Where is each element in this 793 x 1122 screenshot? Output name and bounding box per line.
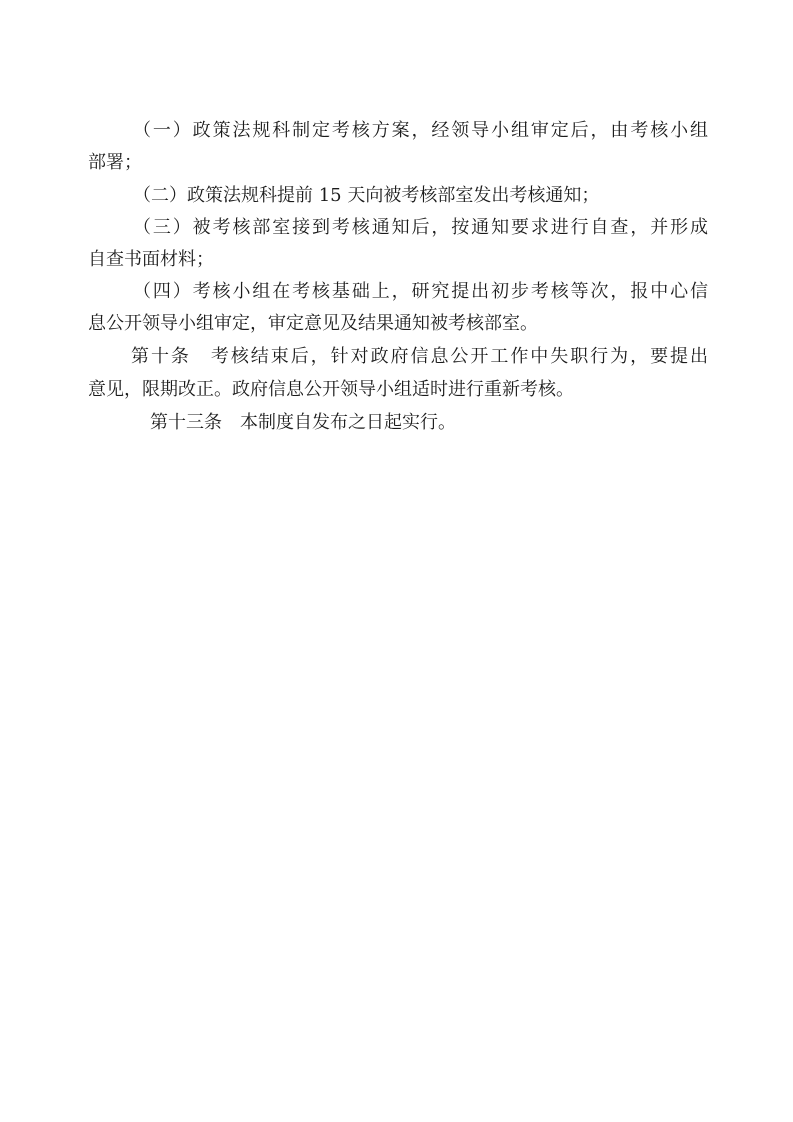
item-1-line-2: 部署； xyxy=(88,153,708,173)
item-3-line-1: （三）被考核部室接到考核通知后，按通知要求进行自查，并形成 xyxy=(133,218,708,238)
item-1-line-1: （一）政策法规科制定考核方案，经领导小组审定后，由考核小组 xyxy=(133,121,708,141)
article-13-line-1: 第十三条 本制度自发布之日起实行。 xyxy=(150,413,710,433)
item-2-line-1: （二）政策法规科提前 15 天向被考核部室发出考核通知； xyxy=(133,186,708,206)
document-page: （一）政策法规科制定考核方案，经领导小组审定后，由考核小组 部署； （二）政策法… xyxy=(0,0,793,1122)
item-4-line-1: （四）考核小组在考核基础上，研究提出初步考核等次，报中心信 xyxy=(133,282,708,302)
item-4-line-2: 息公开领导小组审定，审定意见及结果通知被考核部室。 xyxy=(88,314,708,334)
article-10-line-1: 第十条 考核结束后，针对政府信息公开工作中失职行为，要提出 xyxy=(131,347,708,367)
item-3-line-2: 自查书面材料； xyxy=(88,250,708,270)
article-10-line-2: 意见，限期改正。政府信息公开领导小组适时进行重新考核。 xyxy=(88,380,708,400)
